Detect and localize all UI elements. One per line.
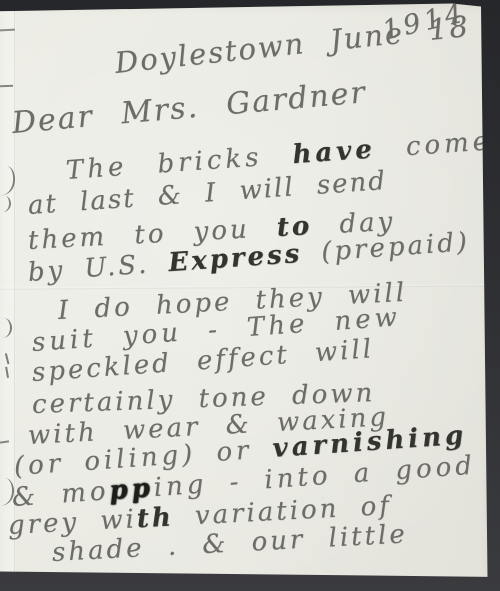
scan-background: 1914 Doylestown June 18 . Dear Mrs. Gard… xyxy=(0,0,500,591)
letter-page: 1914 Doylestown June 18 . Dear Mrs. Gard… xyxy=(0,0,500,591)
handwriting-text: come xyxy=(375,126,493,164)
handwriting-text-overwritten: th xyxy=(136,502,174,534)
letter-line-salutation: Dear Mrs. Gardner xyxy=(10,75,368,141)
handwriting-text: Doylestown June 18 . xyxy=(113,5,500,80)
handwriting-text: Dear Mrs. Gardner xyxy=(10,75,368,141)
handwriting-text-overwritten: have xyxy=(291,134,376,170)
stray-pen-mark xyxy=(5,365,19,378)
handwriting-text-overwritten: pp xyxy=(108,473,154,506)
stray-pen-mark xyxy=(5,351,19,365)
letter-line-dateline: Doylestown June 18 . xyxy=(113,5,500,80)
